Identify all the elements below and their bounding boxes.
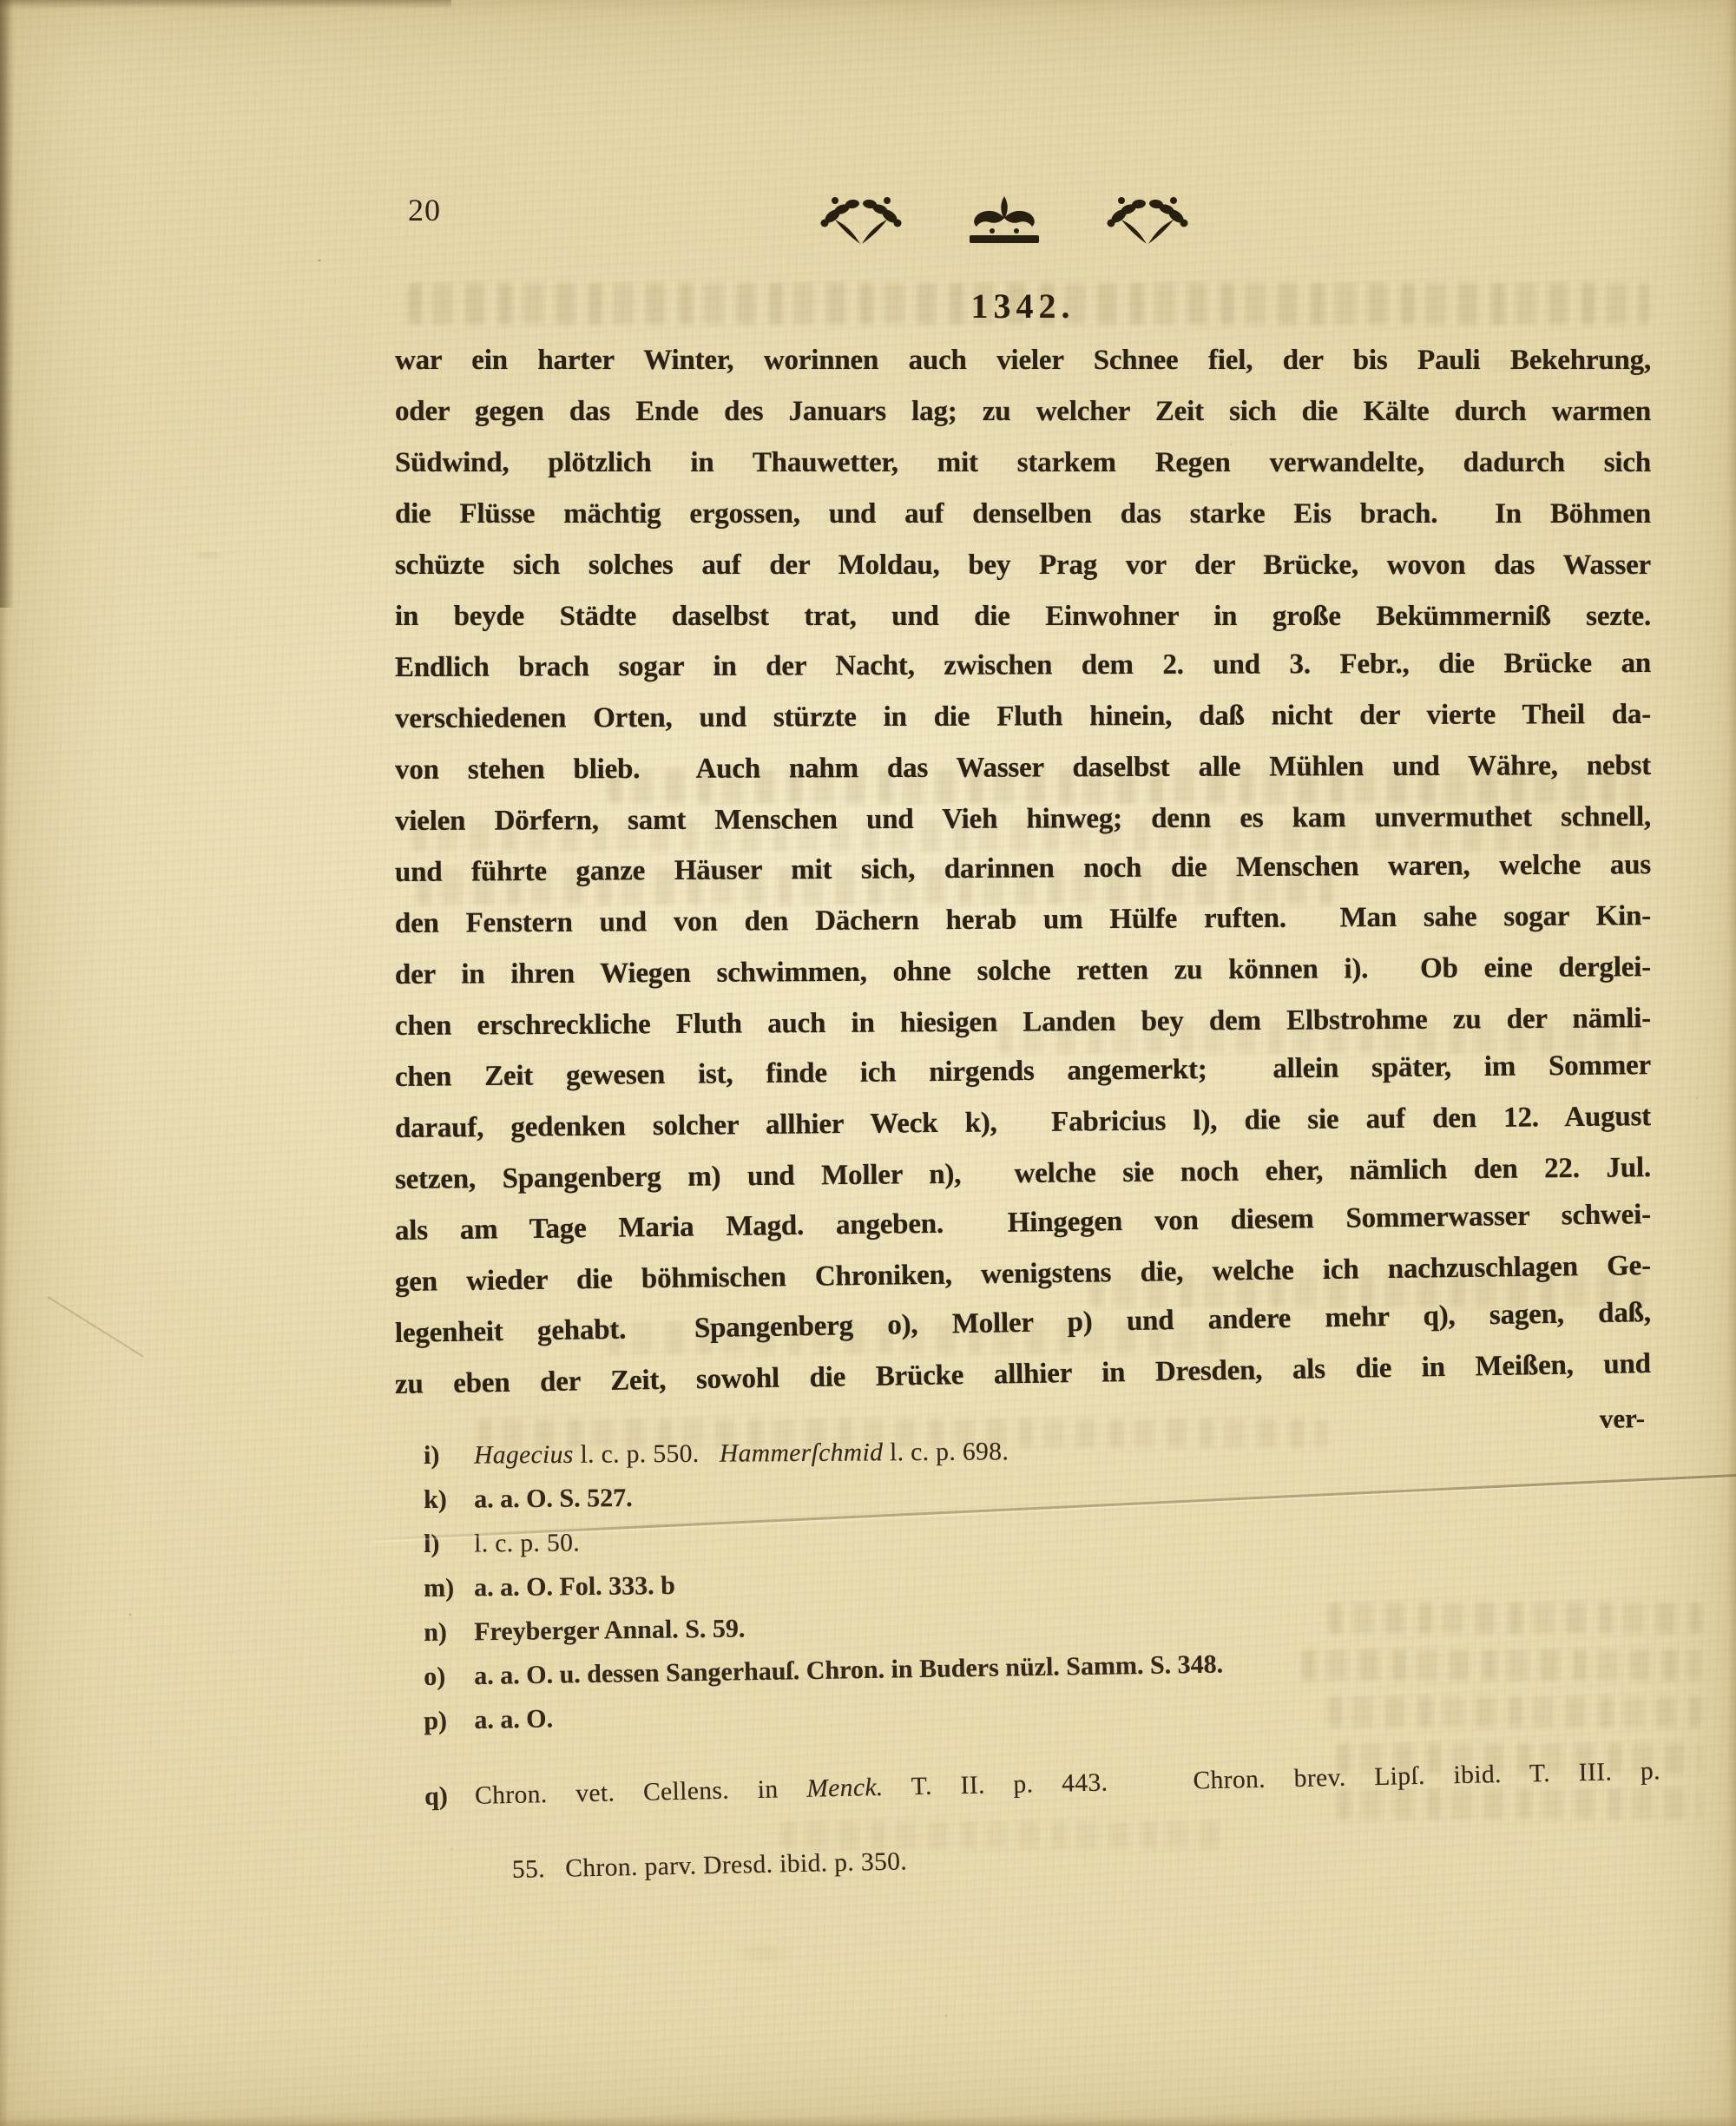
footnote-text-part: l. c. p. 698.	[883, 1438, 1009, 1466]
body-line: den Fenstern und von den Dächern herab u…	[395, 891, 1651, 950]
footnotes-block: i) Hagecius l. c. p. 550. Hammerſchmid l…	[424, 1441, 1660, 1840]
footnote-label: o)	[424, 1662, 475, 1692]
main-text-block: war ein harter Winter, worinnen auch vie…	[395, 335, 1651, 1411]
footnote-label: i)	[424, 1441, 474, 1471]
page-edge-shadow	[0, 2116, 1736, 2126]
body-line: von stehen blieb. Auch nahm das Wasser d…	[395, 740, 1651, 796]
body-line: schüzte sich solches auf der Moldau, bey…	[395, 540, 1651, 591]
year-heading: 1342.	[395, 287, 1651, 326]
body-line: oder gegen das Ende des Januars lag; zu …	[395, 386, 1651, 438]
paper-scratch	[47, 1296, 143, 1358]
footnote-label: m)	[424, 1573, 474, 1603]
body-line: der in ihren Wiegen schwimmen, ohne solc…	[395, 942, 1651, 1001]
page-edge-shadow	[1727, 0, 1736, 2126]
body-line: Südwind, plötzlich in Thauwetter, mit st…	[395, 438, 1651, 489]
body-line: Endlich brach sogar in der Nacht, zwisch…	[395, 638, 1651, 694]
body-line: die Flüsse mächtig ergossen, und auf den…	[395, 489, 1651, 540]
body-line: vielen Dörfern, samt Menschen und Vieh h…	[395, 792, 1651, 847]
page-number: 20	[408, 193, 441, 227]
footnote-text-part: Hammerſchmid	[720, 1438, 884, 1467]
footnote-text-part: Chron. vet. Cellens. in	[475, 1775, 807, 1810]
footnote-label: n)	[424, 1617, 474, 1648]
footnote-text-continuation: 55. Chron. parv. Dresd. ibid. p. 350.	[512, 1832, 1663, 1900]
page-edge-shadow	[0, 0, 14, 608]
body-line: in beyde Städte daselbst trat, und die E…	[395, 591, 1651, 642]
book-page: 20	[0, 0, 1736, 2126]
footnote-label: q)	[424, 1781, 476, 1812]
page-edge-shadow	[0, 0, 9, 2126]
fleuron-ornament-icon	[817, 194, 905, 246]
fleuron-ornament-icon	[1103, 194, 1192, 246]
footnote-text: Hagecius l. c. p. 550. Hammerſchmid l. c…	[474, 1433, 1660, 1471]
anthemion-ornament-icon	[965, 194, 1043, 247]
footnote-text-part: Hagecius	[474, 1441, 574, 1470]
body-line: verschiedenen Orten, und stürzte in die …	[395, 689, 1651, 745]
footnote-text: Chron. vet. Cellens. in Menck. T. II. p.…	[475, 1757, 1661, 1827]
body-line: war ein harter Winter, worinnen auch vie…	[395, 335, 1651, 386]
page-edge-shadow	[0, 0, 451, 9]
footnote-label: l)	[424, 1529, 474, 1559]
footnote-text-part: Menck.	[806, 1774, 884, 1803]
body-line: und führte ganze Häuser mit sich, darinn…	[395, 839, 1651, 898]
footnote-label: k)	[424, 1484, 474, 1515]
footnote-label: p)	[424, 1706, 475, 1736]
footnote-text-part: l. c. p. 550.	[574, 1440, 720, 1469]
footnote-text-part: T. II. p. 443. Chron. brev. Lipſ. ibid. …	[883, 1757, 1660, 1801]
